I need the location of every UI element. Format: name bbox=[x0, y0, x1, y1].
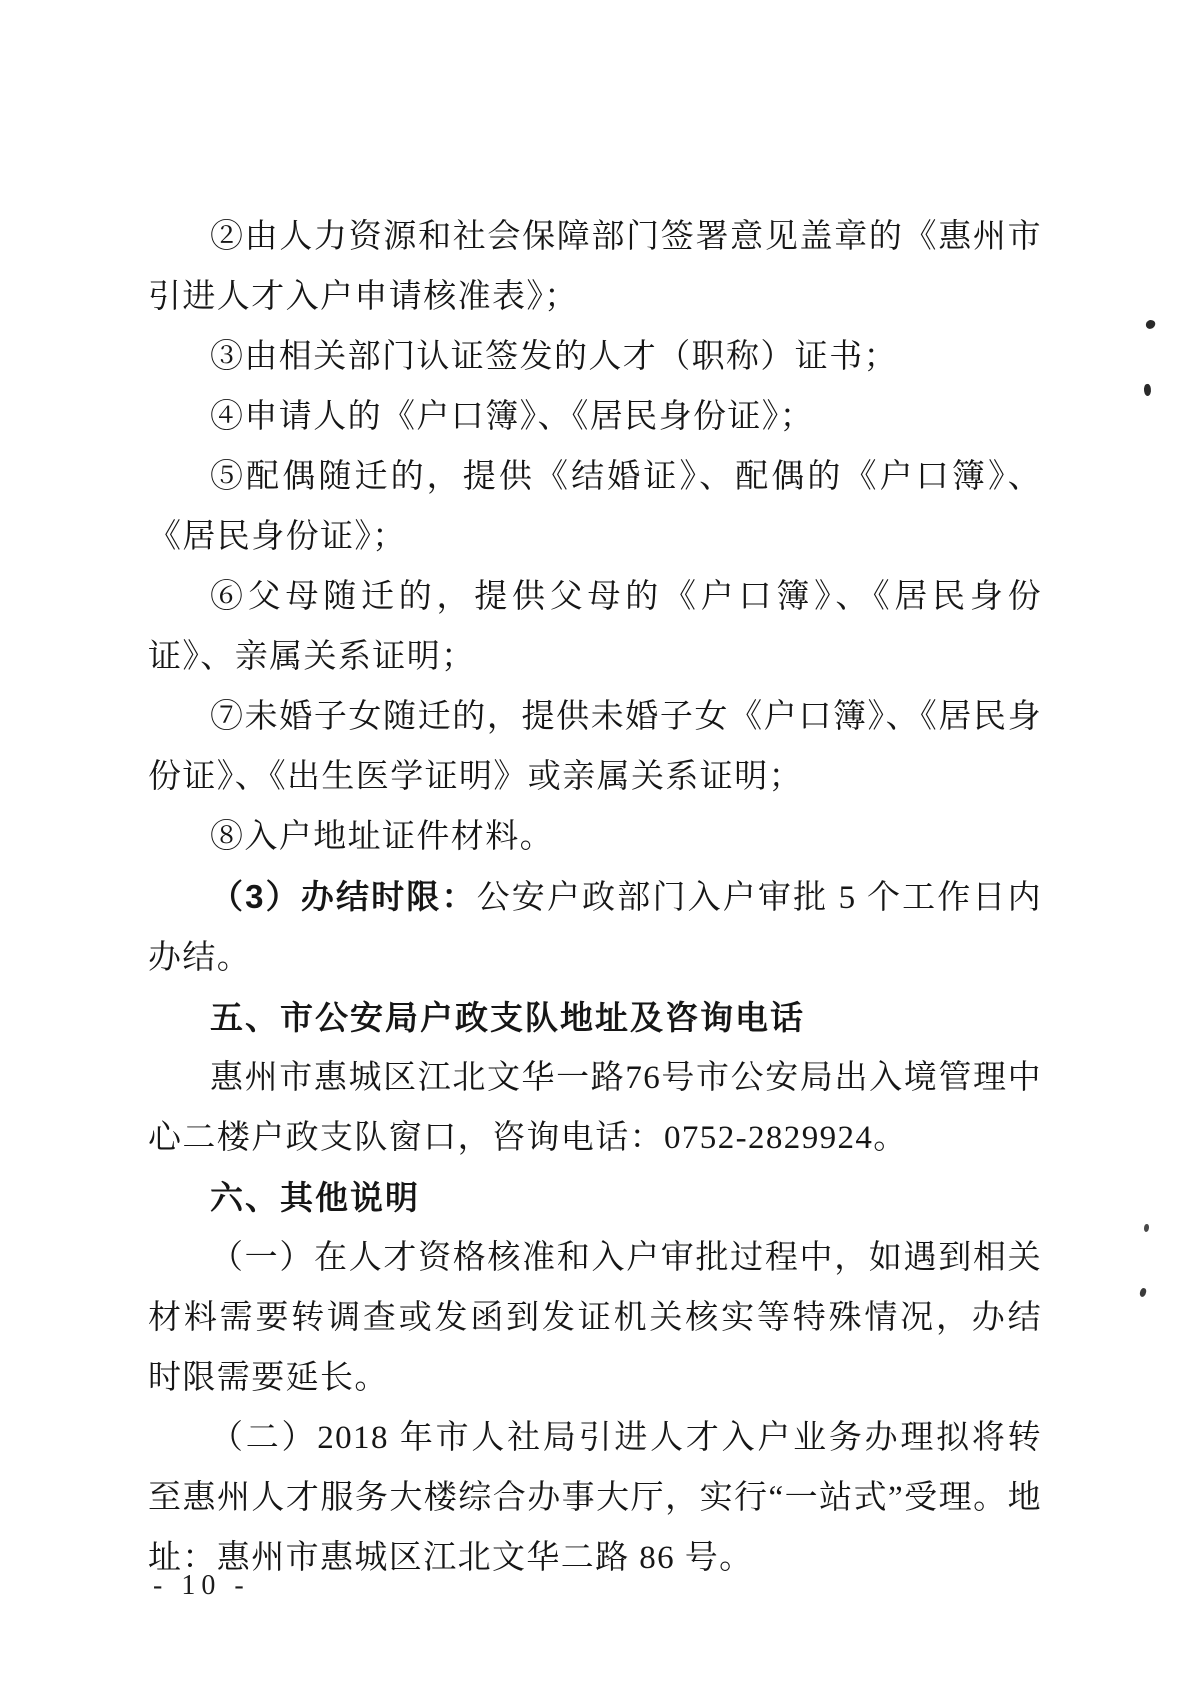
materials-item-2: ②由人力资源和社会保障部门签署意见盖章的《惠州市引进人才入户申请核准表》； bbox=[148, 207, 1042, 327]
scanned-document-page: ②由人力资源和社会保障部门签署意见盖章的《惠州市引进人才入户申请核准表》； ③由… bbox=[0, 0, 1202, 1695]
materials-item-3: ③由相关部门认证签发的人才（职称）证书； bbox=[148, 327, 1042, 387]
note-2-paragraph: （二）2018 年市人社局引进人才入户业务办理拟将转至惠州人才服务大楼综合办事大… bbox=[148, 1408, 1042, 1588]
note-1-paragraph: （一）在人才资格核准和入户审批过程中，如遇到相关材料需要转调查或发函到发证机关核… bbox=[148, 1228, 1042, 1408]
document-body: ②由人力资源和社会保障部门签署意见盖章的《惠州市引进人才入户申请核准表》； ③由… bbox=[148, 207, 1042, 1588]
section-6-heading: 六、其他说明 bbox=[148, 1168, 1042, 1228]
scan-speck-icon bbox=[1139, 1288, 1146, 1298]
page-number: - 10 - bbox=[153, 1568, 250, 1604]
completion-time-label: （3）办结时限： bbox=[210, 878, 477, 915]
address-phone-paragraph: 惠州市惠城区江北文华一路76号市公安局出入境管理中心二楼户政支队窗口，咨询电话：… bbox=[148, 1048, 1042, 1168]
materials-item-4: ④申请人的《户口簿》、《居民身份证》； bbox=[148, 387, 1042, 447]
scan-speck-icon bbox=[1145, 319, 1156, 330]
section-5-heading: 五、市公安局户政支队地址及咨询电话 bbox=[148, 988, 1042, 1048]
materials-item-8: ⑧入户地址证件材料。 bbox=[148, 807, 1042, 867]
completion-time-paragraph: （3）办结时限：公安户政部门入户审批 5 个工作日内办结。 bbox=[148, 867, 1042, 988]
materials-item-5: ⑤配偶随迁的，提供《结婚证》、配偶的《户口簿》、《居民身份证》； bbox=[148, 447, 1042, 567]
scan-speck-icon bbox=[1144, 1224, 1149, 1232]
materials-item-7: ⑦未婚子女随迁的，提供未婚子女《户口簿》、《居民身份证》、《出生医学证明》或亲属… bbox=[148, 687, 1042, 807]
scan-speck-icon bbox=[1143, 384, 1152, 397]
materials-item-6: ⑥父母随迁的，提供父母的《户口簿》、《居民身份证》、亲属关系证明； bbox=[148, 567, 1042, 687]
